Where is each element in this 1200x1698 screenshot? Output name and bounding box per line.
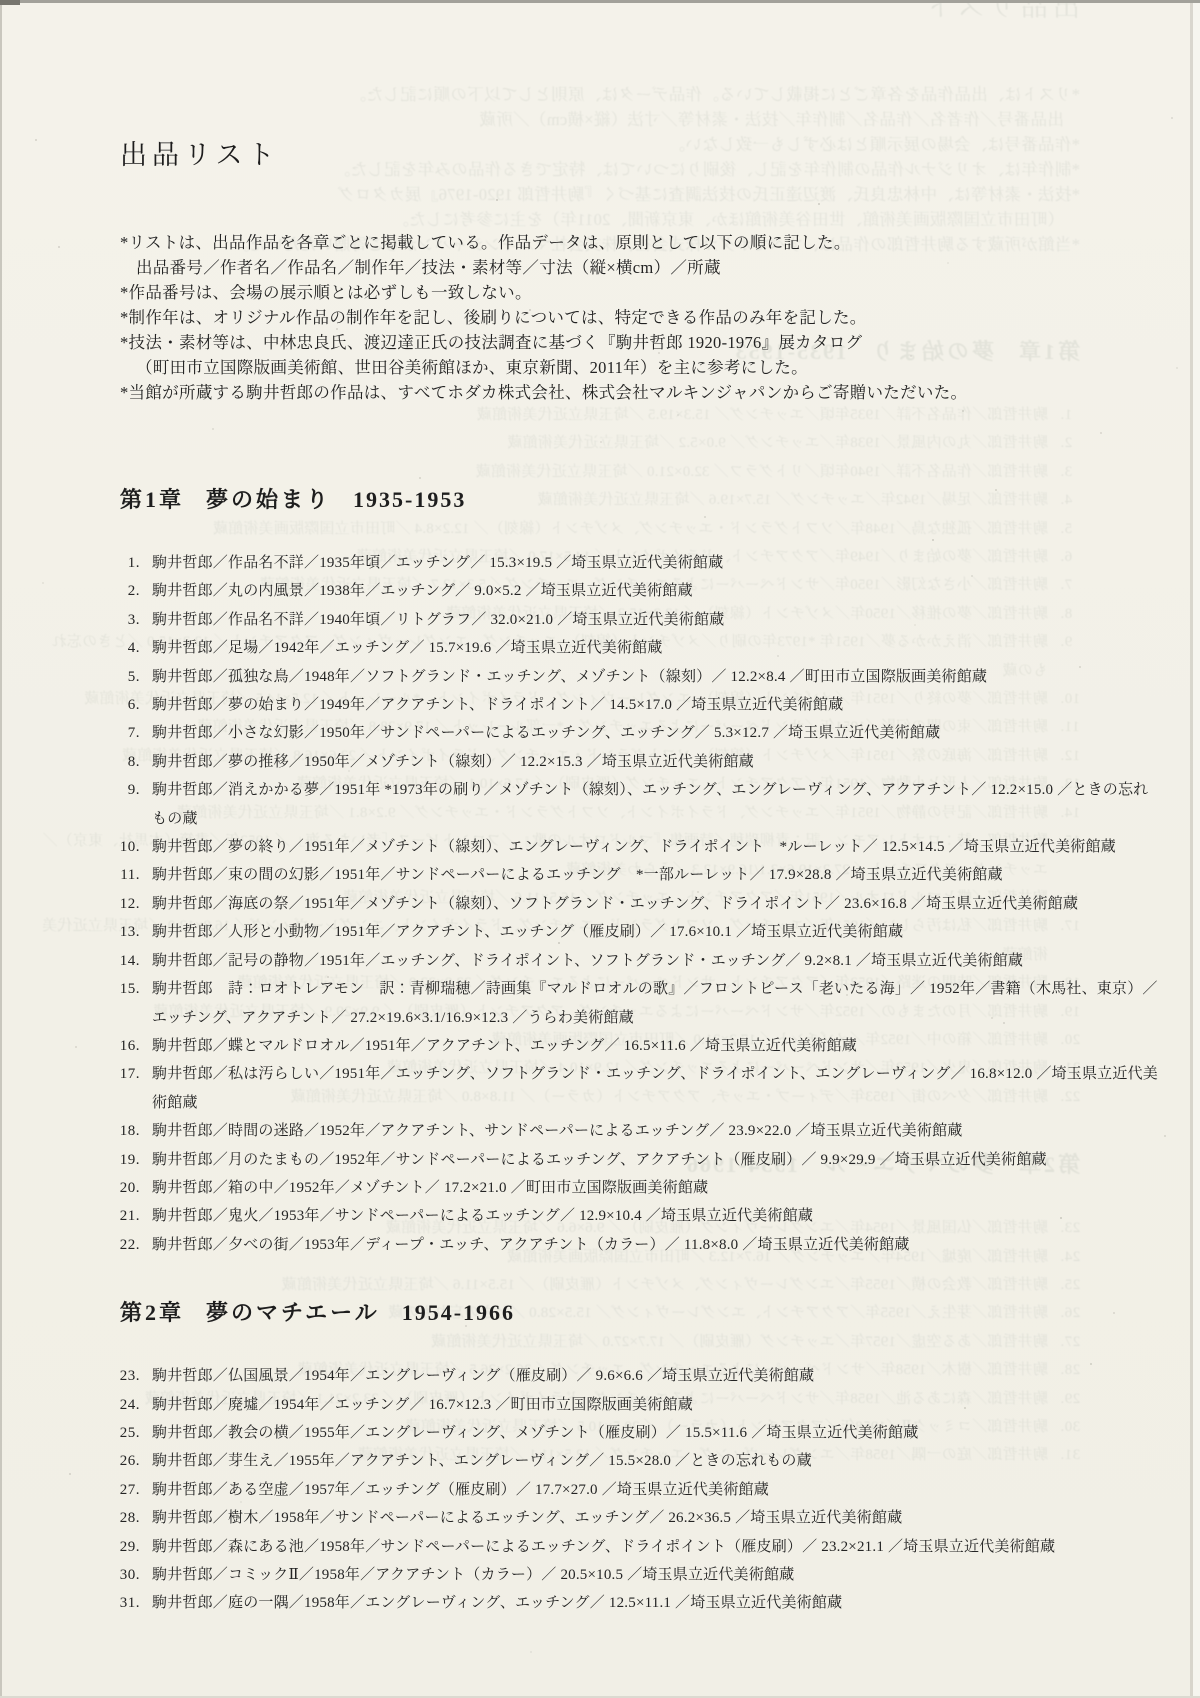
item-text: 駒井哲郎／小さな幻影／1950年／サンドペーパーによるエッチング、エッチング／ … — [152, 719, 1160, 747]
list-item: 9.駒井哲郎／消えかかる夢／1951年 *1973年の刷り／メゾチント（線刻）、… — [110, 776, 1160, 833]
paper-speck — [69, 1473, 71, 1475]
page-fold-margin — [1193, 0, 1200, 1698]
item-text: 駒井哲郎／束の間の幻影／1951年／サンドペーパーによるエッチング *一部ルーレ… — [152, 861, 1160, 889]
scanned-document-page: 出品リスト *リストは、出品作品を各章ごとに掲載している。作品データは、原則とし… — [0, 0, 1200, 1698]
item-number: 25. — [110, 1419, 152, 1447]
item-text: 駒井哲郎／コミックⅡ／1958年／アクアチント（カラー）／ 20.5×10.5 … — [152, 1561, 1160, 1589]
list-item: 8.駒井哲郎／夢の推移／1950年／メゾチント（線刻）／ 12.2×15.3 ／… — [110, 748, 1160, 776]
catalogue-list: 23.駒井哲郎／仏国風景／1954年／エングレーヴィング（雁皮刷）／ 9.6×6… — [110, 1362, 1160, 1618]
list-item: 18.駒井哲郎／時間の迷路／1952年／アクアチント、サンドペーパーによるエッチ… — [110, 1117, 1160, 1145]
item-text: 駒井哲郎／月のたまもの／1952年／サンドペーパーによるエッチング、アクアチント… — [152, 1146, 1160, 1174]
item-number: 1. — [110, 549, 152, 577]
list-item: 10.駒井哲郎／夢の終り／1951年／メゾチント（線刻）、エングレーヴィング、ド… — [110, 833, 1160, 861]
list-item: 15.駒井哲郎 詩：ロオトレアモン 訳：青柳瑞穂／詩画集『マルドロオルの歌』／フ… — [110, 975, 1160, 1032]
item-text-line: 駒井哲郎／教会の横／1955年／エングレーヴィング、メゾチント（雁皮刷）／ 15… — [152, 1419, 1160, 1447]
item-number: 22. — [110, 1231, 152, 1259]
paper-speck — [42, 582, 44, 584]
note-line: *作品番号は、会場の展示順とは必ずしも一致しない。 — [120, 280, 1160, 305]
list-item: 16.駒井哲郎／蝶とマルドロオル／1951年／アクアチント、エッチング／ 16.… — [110, 1032, 1160, 1060]
item-text-line: 駒井哲郎／コミックⅡ／1958年／アクアチント（カラー）／ 20.5×10.5 … — [152, 1561, 1160, 1589]
list-item: 17.駒井哲郎／私は汚らしい／1951年／エッチング、ソフトグランド・エッチング… — [110, 1060, 1160, 1117]
list-item: 22.駒井哲郎／夕べの街／1953年／ディープ・エッチ、アクアチント（カラー）／… — [110, 1231, 1160, 1259]
item-text: 駒井哲郎／仏国風景／1954年／エングレーヴィング（雁皮刷）／ 9.6×6.6 … — [152, 1362, 1160, 1390]
chapter-section: 第2章夢のマチエール1954-196623.駒井哲郎／仏国風景／1954年／エン… — [110, 1299, 1160, 1618]
item-number: 21. — [110, 1202, 152, 1230]
note-line: （町田市立国際版画美術館、世田谷美術館ほか、東京新聞、2011年）を主に参考にし… — [120, 355, 1160, 380]
item-number: 30. — [110, 1561, 152, 1589]
item-text-line: 駒井哲郎／庭の一隅／1958年／エングレーヴィング、エッチング／ 12.5×11… — [152, 1589, 1160, 1617]
list-item: 7.駒井哲郎／小さな幻影／1950年／サンドペーパーによるエッチング、エッチング… — [110, 719, 1160, 747]
scan-edge-left — [0, 0, 2, 1698]
item-number: 31. — [110, 1589, 152, 1617]
catalogue-list: 1.駒井哲郎／作品名不詳／1935年頃／エッチング／ 15.3×19.5 ／埼玉… — [110, 549, 1160, 1259]
list-item: 20.駒井哲郎／箱の中／1952年／メゾチント／ 17.2×21.0 ／町田市立… — [110, 1174, 1160, 1202]
item-text-line: 駒井哲郎／芽生え／1955年／アクアチント、エングレーヴィング／ 15.5×28… — [152, 1447, 1160, 1475]
list-item: 23.駒井哲郎／仏国風景／1954年／エングレーヴィング（雁皮刷）／ 9.6×6… — [110, 1362, 1160, 1390]
paper-speck — [35, 139, 37, 141]
list-item: 26.駒井哲郎／芽生え／1955年／アクアチント、エングレーヴィング／ 15.5… — [110, 1447, 1160, 1475]
item-text-line: 駒井哲郎／人形と小動物／1951年／アクアチント、エッチング（雁皮刷）／ 17.… — [152, 918, 1160, 946]
note-line: *制作年は、オリジナル作品の制作年を記し、後刷りについては、特定できる作品のみ年… — [120, 305, 1160, 330]
page-title: 出品リスト — [110, 138, 1160, 172]
item-number: 11. — [110, 861, 152, 889]
item-text: 駒井哲郎／蝶とマルドロオル／1951年／アクアチント、エッチング／ 16.5×1… — [152, 1032, 1160, 1060]
chapter-number: 第1章 — [120, 486, 184, 514]
chapter-section: 第1章夢の始まり1935-19531.駒井哲郎／作品名不詳／1935年頃／エッチ… — [110, 486, 1160, 1259]
item-text-line: 駒井哲郎／記号の静物／1951年／エッチング、ドライポイント、ソフトグランド・エ… — [152, 947, 1160, 975]
item-text: 駒井哲郎／夢の推移／1950年／メゾチント（線刻）／ 12.2×15.3 ／埼玉… — [152, 748, 1160, 776]
item-text-line: 駒井哲郎／月のたまもの／1952年／サンドペーパーによるエッチング、アクアチント… — [152, 1146, 1160, 1174]
item-text-line: 駒井哲郎／樹木／1958年／サンドペーパーによるエッチング、エッチング／ 26.… — [152, 1504, 1160, 1532]
paper-speck — [530, 1651, 532, 1653]
item-number: 14. — [110, 947, 152, 975]
item-number: 16. — [110, 1032, 152, 1060]
item-number: 18. — [110, 1117, 152, 1145]
item-text-line: 駒井哲郎／作品名不詳／1935年頃／エッチング／ 15.3×19.5 ／埼玉県立… — [152, 549, 1160, 577]
item-text-line: 駒井哲郎／作品名不詳／1940年頃／リトグラフ／ 32.0×21.0 ／埼玉県立… — [152, 606, 1160, 634]
item-text-line: 駒井哲郎／森にある池／1958年／サンドペーパーによるエッチング、ドライポイント… — [152, 1533, 1160, 1561]
item-text: 駒井哲郎／人形と小動物／1951年／アクアチント、エッチング（雁皮刷）／ 17.… — [152, 918, 1160, 946]
item-text: 駒井哲郎／森にある池／1958年／サンドペーパーによるエッチング、ドライポイント… — [152, 1533, 1160, 1561]
list-item: 27.駒井哲郎／ある空虚／1957年／エッチング（雁皮刷）／ 17.7×27.0… — [110, 1476, 1160, 1504]
list-item: 4.駒井哲郎／足場／1942年／エッチング／ 15.7×19.6 ／埼玉県立近代… — [110, 634, 1160, 662]
paper-speck — [1176, 367, 1178, 369]
scan-edge-corner — [0, 0, 20, 5]
item-text-line: 駒井哲郎／夢の推移／1950年／メゾチント（線刻）／ 12.2×15.3 ／埼玉… — [152, 748, 1160, 776]
item-text-line: 駒井哲郎／孤独な鳥／1948年／ソフトグランド・エッチング、メゾチント（線刻）／… — [152, 663, 1160, 691]
list-item: 25.駒井哲郎／教会の横／1955年／エングレーヴィング、メゾチント（雁皮刷）／… — [110, 1419, 1160, 1447]
item-number: 2. — [110, 577, 152, 605]
item-text: 駒井哲郎／海底の祭／1951年／メゾチント（線刻）、ソフトグランド・エッチング、… — [152, 890, 1160, 918]
notes-block: *リストは、出品作品を各章ごとに掲載している。作品データは、原則として以下の順に… — [110, 230, 1160, 405]
item-number: 12. — [110, 890, 152, 918]
item-text: 駒井哲郎／夢の終り／1951年／メゾチント（線刻）、エングレーヴィング、ドライポ… — [152, 833, 1160, 861]
item-text: 駒井哲郎／鬼火／1953年／サンドペーパーによるエッチング／ 12.9×10.4… — [152, 1202, 1160, 1230]
chapter-years: 1935-1953 — [353, 486, 466, 514]
list-item: 5.駒井哲郎／孤独な鳥／1948年／ソフトグランド・エッチング、メゾチント（線刻… — [110, 663, 1160, 691]
item-number: 19. — [110, 1146, 152, 1174]
item-number: 3. — [110, 606, 152, 634]
item-number: 13. — [110, 918, 152, 946]
item-text: 駒井哲郎／ある空虚／1957年／エッチング（雁皮刷）／ 17.7×27.0 ／埼… — [152, 1476, 1160, 1504]
item-number: 10. — [110, 833, 152, 861]
item-number: 26. — [110, 1447, 152, 1475]
item-text: 駒井哲郎／夢の始まり／1949年／アクアチント、ドライポイント／ 14.5×17… — [152, 691, 1160, 719]
item-text: 駒井哲郎／芽生え／1955年／アクアチント、エングレーヴィング／ 15.5×28… — [152, 1447, 1160, 1475]
item-text-line: 駒井哲郎／私は汚らしい／1951年／エッチング、ソフトグランド・エッチング、ドラ… — [152, 1060, 1160, 1117]
list-item: 28.駒井哲郎／樹木／1958年／サンドペーパーによるエッチング、エッチング／ … — [110, 1504, 1160, 1532]
paper-speck — [1164, 1135, 1166, 1137]
item-number: 9. — [110, 776, 152, 833]
list-item: 12.駒井哲郎／海底の祭／1951年／メゾチント（線刻）、ソフトグランド・エッチ… — [110, 890, 1160, 918]
note-line: *技法・素材等は、中林忠良氏、渡辺達正氏の技法調査に基づく『駒井哲郎 1920-… — [120, 330, 1160, 355]
list-item: 31.駒井哲郎／庭の一隅／1958年／エングレーヴィング、エッチング／ 12.5… — [110, 1589, 1160, 1617]
item-number: 28. — [110, 1504, 152, 1532]
chapter-number: 第2章 — [120, 1299, 184, 1327]
item-text: 駒井哲郎／作品名不詳／1935年頃／エッチング／ 15.3×19.5 ／埼玉県立… — [152, 549, 1160, 577]
item-text-line: 駒井哲郎／箱の中／1952年／メゾチント／ 17.2×21.0 ／町田市立国際版… — [152, 1174, 1160, 1202]
item-number: 20. — [110, 1174, 152, 1202]
item-number: 24. — [110, 1391, 152, 1419]
scan-edge-top — [0, 0, 1200, 3]
list-item: 30.駒井哲郎／コミックⅡ／1958年／アクアチント（カラー）／ 20.5×10… — [110, 1561, 1160, 1589]
item-text-line: 駒井哲郎／小さな幻影／1950年／サンドペーパーによるエッチング、エッチング／ … — [152, 719, 1160, 747]
list-item: 2.駒井哲郎／丸の内風景／1938年／エッチング／ 9.0×5.2 ／埼玉県立近… — [110, 577, 1160, 605]
item-text-line: エッチング、アクアチント／ 27.2×19.6×3.1/16.9×12.3 ／う… — [152, 1004, 1160, 1032]
note-line: *リストは、出品作品を各章ごとに掲載している。作品データは、原則として以下の順に… — [120, 230, 1160, 255]
item-number: 4. — [110, 634, 152, 662]
chapter-years: 1954-1966 — [402, 1299, 515, 1327]
paper-speck — [1171, 117, 1173, 119]
item-text-line: 駒井哲郎／鬼火／1953年／サンドペーパーによるエッチング／ 12.9×10.4… — [152, 1202, 1160, 1230]
list-item: 6.駒井哲郎／夢の始まり／1949年／アクアチント、ドライポイント／ 14.5×… — [110, 691, 1160, 719]
item-number: 5. — [110, 663, 152, 691]
list-item: 11.駒井哲郎／束の間の幻影／1951年／サンドペーパーによるエッチング *一部… — [110, 861, 1160, 889]
list-item: 29.駒井哲郎／森にある池／1958年／サンドペーパーによるエッチング、ドライポ… — [110, 1533, 1160, 1561]
paper-speck — [75, 1046, 77, 1048]
paper-speck — [58, 246, 60, 248]
chapter-heading: 第1章夢の始まり1935-1953 — [110, 486, 1160, 514]
item-text: 駒井哲郎／足場／1942年／エッチング／ 15.7×19.6 ／埼玉県立近代美術… — [152, 634, 1160, 662]
item-text-line: 駒井哲郎／海底の祭／1951年／メゾチント（線刻）、ソフトグランド・エッチング、… — [152, 890, 1160, 918]
list-item: 21.駒井哲郎／鬼火／1953年／サンドペーパーによるエッチング／ 12.9×1… — [110, 1202, 1160, 1230]
list-item: 14.駒井哲郎／記号の静物／1951年／エッチング、ドライポイント、ソフトグラン… — [110, 947, 1160, 975]
item-text: 駒井哲郎／庭の一隅／1958年／エングレーヴィング、エッチング／ 12.5×11… — [152, 1589, 1160, 1617]
item-text-line: 駒井哲郎／仏国風景／1954年／エングレーヴィング（雁皮刷）／ 9.6×6.6 … — [152, 1362, 1160, 1390]
item-number: 29. — [110, 1533, 152, 1561]
item-text-line: 駒井哲郎／足場／1942年／エッチング／ 15.7×19.6 ／埼玉県立近代美術… — [152, 634, 1160, 662]
item-text-line: 駒井哲郎／束の間の幻影／1951年／サンドペーパーによるエッチング *一部ルーレ… — [152, 861, 1160, 889]
list-item: 13.駒井哲郎／人形と小動物／1951年／アクアチント、エッチング（雁皮刷）／ … — [110, 918, 1160, 946]
item-number: 8. — [110, 748, 152, 776]
item-text: 駒井哲郎／孤独な鳥／1948年／ソフトグランド・エッチング、メゾチント（線刻）／… — [152, 663, 1160, 691]
item-text-line: 駒井哲郎／夢の始まり／1949年／アクアチント、ドライポイント／ 14.5×17… — [152, 691, 1160, 719]
item-text: 駒井哲郎／教会の横／1955年／エングレーヴィング、メゾチント（雁皮刷）／ 15… — [152, 1419, 1160, 1447]
item-text: 駒井哲郎 詩：ロオトレアモン 訳：青柳瑞穂／詩画集『マルドロオルの歌』／フロント… — [152, 975, 1160, 1032]
item-text: 駒井哲郎／記号の静物／1951年／エッチング、ドライポイント、ソフトグランド・エ… — [152, 947, 1160, 975]
chapter-title: 夢の始まり — [206, 486, 331, 514]
item-text-line: 駒井哲郎／廃墟／1954年／エッチング／ 16.7×12.3 ／町田市立国際版画… — [152, 1391, 1160, 1419]
item-text-line: 駒井哲郎／消えかかる夢／1951年 *1973年の刷り／メゾチント（線刻）、エッ… — [152, 776, 1160, 833]
list-item: 1.駒井哲郎／作品名不詳／1935年頃／エッチング／ 15.3×19.5 ／埼玉… — [110, 549, 1160, 577]
item-text-line: 駒井哲郎 詩：ロオトレアモン 訳：青柳瑞穂／詩画集『マルドロオルの歌』／フロント… — [152, 975, 1160, 1003]
item-text: 駒井哲郎／廃墟／1954年／エッチング／ 16.7×12.3 ／町田市立国際版画… — [152, 1391, 1160, 1419]
item-number: 17. — [110, 1060, 152, 1117]
chapters-block: 第1章夢の始まり1935-19531.駒井哲郎／作品名不詳／1935年頃／エッチ… — [110, 486, 1160, 1618]
item-text: 駒井哲郎／樹木／1958年／サンドペーパーによるエッチング、エッチング／ 26.… — [152, 1504, 1160, 1532]
item-text-line: 駒井哲郎／夢の終り／1951年／メゾチント（線刻）、エングレーヴィング、ドライポ… — [152, 833, 1160, 861]
item-text-line: 駒井哲郎／丸の内風景／1938年／エッチング／ 9.0×5.2 ／埼玉県立近代美… — [152, 577, 1160, 605]
item-text-line: 駒井哲郎／夕べの街／1953年／ディープ・エッチ、アクアチント（カラー）／ 11… — [152, 1231, 1160, 1259]
chapter-title: 夢のマチエール — [206, 1299, 380, 1327]
note-line: 出品番号／作者名／作品名／制作年／技法・素材等／寸法（縦×横cm）／所蔵 — [120, 255, 1160, 280]
list-item: 24.駒井哲郎／廃墟／1954年／エッチング／ 16.7×12.3 ／町田市立国… — [110, 1391, 1160, 1419]
list-item: 3.駒井哲郎／作品名不詳／1940年頃／リトグラフ／ 32.0×21.0 ／埼玉… — [110, 606, 1160, 634]
chapter-heading: 第2章夢のマチエール1954-1966 — [110, 1299, 1160, 1327]
item-number: 7. — [110, 719, 152, 747]
item-text: 駒井哲郎／時間の迷路／1952年／アクアチント、サンドペーパーによるエッチング／… — [152, 1117, 1160, 1145]
item-text: 駒井哲郎／作品名不詳／1940年頃／リトグラフ／ 32.0×21.0 ／埼玉県立… — [152, 606, 1160, 634]
item-text: 駒井哲郎／私は汚らしい／1951年／エッチング、ソフトグランド・エッチング、ドラ… — [152, 1060, 1160, 1117]
item-text: 駒井哲郎／丸の内風景／1938年／エッチング／ 9.0×5.2 ／埼玉県立近代美… — [152, 577, 1160, 605]
page-content: 出品リスト *リストは、出品作品を各章ごとに掲載している。作品データは、原則とし… — [110, 138, 1160, 1618]
item-number: 27. — [110, 1476, 152, 1504]
item-text: 駒井哲郎／夕べの街／1953年／ディープ・エッチ、アクアチント（カラー）／ 11… — [152, 1231, 1160, 1259]
item-text-line: 駒井哲郎／蝶とマルドロオル／1951年／アクアチント、エッチング／ 16.5×1… — [152, 1032, 1160, 1060]
item-text-line: 駒井哲郎／時間の迷路／1952年／アクアチント、サンドペーパーによるエッチング／… — [152, 1117, 1160, 1145]
item-number: 23. — [110, 1362, 152, 1390]
note-line: *当館が所蔵する駒井哲郎の作品は、すべてホダカ株式会社、株式会社マルキンジャパン… — [120, 380, 1160, 405]
item-number: 6. — [110, 691, 152, 719]
item-text-line: 駒井哲郎／ある空虚／1957年／エッチング（雁皮刷）／ 17.7×27.0 ／埼… — [152, 1476, 1160, 1504]
item-number: 15. — [110, 975, 152, 1032]
list-item: 19.駒井哲郎／月のたまもの／1952年／サンドペーパーによるエッチング、アクア… — [110, 1146, 1160, 1174]
item-text: 駒井哲郎／箱の中／1952年／メゾチント／ 17.2×21.0 ／町田市立国際版… — [152, 1174, 1160, 1202]
item-text: 駒井哲郎／消えかかる夢／1951年 *1973年の刷り／メゾチント（線刻）、エッ… — [152, 776, 1160, 833]
